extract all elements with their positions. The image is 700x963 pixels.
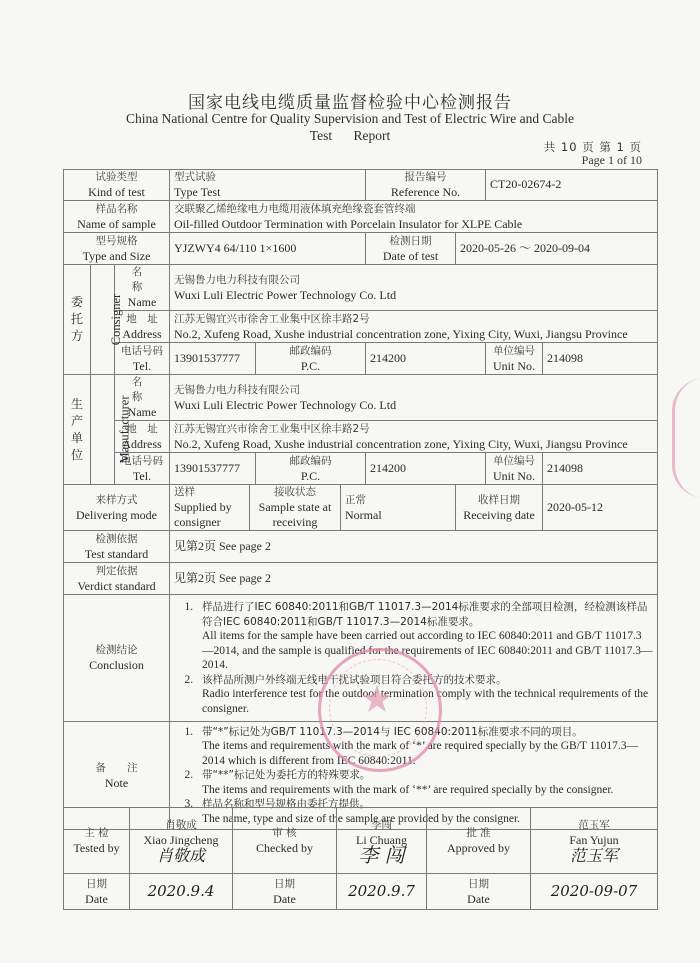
kind-label: 试验类型Kind of test [64, 170, 170, 201]
row-delivery: 来样方式Delivering mode 送样Supplied by consig… [64, 485, 658, 531]
test-standard-label: 检测依据Test standard [64, 531, 170, 563]
row-signers: 主 检Tested by 肖敬成Xiao Jingcheng 肖敬成 审 核Ch… [64, 808, 658, 874]
manufacturer-unit-label: 单位编号Unit No. [486, 453, 543, 485]
signature-table: 主 检Tested by 肖敬成Xiao Jingcheng 肖敬成 审 核Ch… [63, 807, 658, 910]
row-verdict-standard: 判定依据Verdict standard 见第2页 See page 2 [64, 563, 658, 595]
consigner-group-en: Consigner [91, 265, 115, 375]
consigner-group-cn: 委托方 [64, 265, 91, 375]
row-manufacturer-name: 生产单位 Manufacturer 名 称Name 无锡鲁力电力科技有限公司Wu… [64, 375, 658, 421]
report-table: 试验类型Kind of test 型式试验Type Test 报告编号Refer… [63, 169, 658, 830]
state-value: 正常Normal [341, 485, 456, 531]
perforation-seal-stamp [672, 378, 700, 498]
reference-value: CT20-02674-2 [486, 170, 658, 201]
manufacturer-tel-value: 13901537777 [170, 453, 256, 485]
consigner-name-value: 无锡鲁力电力科技有限公司Wuxi Luli Electric Power Tec… [170, 265, 658, 311]
test-standard-value: 见第2页 See page 2 [170, 531, 658, 563]
delivery-value: 送样Supplied by consigner [170, 485, 250, 531]
row-consigner-name: 委托方 Consigner 名 称Name 无锡鲁力电力科技有限公司Wuxi L… [64, 265, 658, 311]
checked-date-label: 日期Date [233, 874, 337, 910]
sample-value: 交联聚乙烯绝缘电力电缆用液体填充绝缘瓷套管终端Oil-filled Outdoo… [170, 201, 658, 233]
manufacturer-pc-value: 214200 [366, 453, 486, 485]
consigner-pc-label: 邮政编码P.C. [256, 343, 366, 375]
report-title-en: China National Centre for Quality Superv… [0, 111, 700, 127]
page-counter-en: Page 1 of 10 [582, 153, 642, 168]
verdict-standard-value: 见第2页 See page 2 [170, 563, 658, 595]
manufacturer-pc-label: 邮政编码P.C. [256, 453, 366, 485]
approved-by-value: 范玉军Fan Yujun 范玉军 [531, 808, 658, 874]
row-manufacturer-contact: 电话号码Tel. 13901537777 邮政编码P.C. 214200 单位编… [64, 453, 658, 485]
manufacturer-group-cn: 生产单位 [64, 375, 91, 485]
verdict-standard-label: 判定依据Verdict standard [64, 563, 170, 595]
row-sample-name: 样品名称Name of sample 交联聚乙烯绝缘电力电缆用液体填充绝缘瓷套管… [64, 201, 658, 233]
type-value: YJZWY4 64/110 1×1600 [170, 233, 366, 265]
receiving-date-value: 2020-05-12 [543, 485, 658, 531]
tested-by-value: 肖敬成Xiao Jingcheng 肖敬成 [130, 808, 233, 874]
row-manufacturer-address: 地 址Address 江苏无锡宜兴市徐舍工业集中区徐丰路2号No.2, Xufe… [64, 421, 658, 453]
tested-by-signature: 肖敬成 [134, 848, 228, 863]
type-label: 型号规格Type and Size [64, 233, 170, 265]
row-type-size: 型号规格Type and Size YJZWY4 64/110 1×1600 检… [64, 233, 658, 265]
row-dates: 日期Date 2020.9.4 日期Date 2020.9.7 日期Date 2… [64, 874, 658, 910]
tested-date-label: 日期Date [64, 874, 130, 910]
consigner-tel-label: 电话号码Tel. [115, 343, 170, 375]
consigner-unit-value: 214098 [543, 343, 658, 375]
row-test-standard: 检测依据Test standard 见第2页 See page 2 [64, 531, 658, 563]
manufacturer-unit-value: 214098 [543, 453, 658, 485]
row-conclusion: 检测结论Conclusion 样品进行了IEC 60840:2011和GB/T … [64, 595, 658, 722]
consigner-address-value: 江苏无锡宜兴市徐舍工业集中区徐丰路2号No.2, Xufeng Road, Xu… [170, 311, 658, 343]
manufacturer-group-en: Manufacturer [91, 375, 115, 485]
approved-date-label: 日期Date [427, 874, 531, 910]
note-item: 带“*”标记处为GB/T 11017.3—2014与 IEC 60840:201… [196, 725, 653, 769]
consigner-pc-value: 214200 [366, 343, 486, 375]
approved-date-value: 2020-09-07 [531, 874, 658, 910]
manufacturer-name-value: 无锡鲁力电力科技有限公司Wuxi Luli Electric Power Tec… [170, 375, 658, 421]
checked-by-label: 审 核Checked by [233, 808, 337, 874]
row-kind-of-test: 试验类型Kind of test 型式试验Type Test 报告编号Refer… [64, 170, 658, 201]
tested-by-label: 主 检Tested by [64, 808, 130, 874]
date-of-test-value: 2020-05-26 ～ 2020-09-04 [456, 233, 658, 265]
approved-by-signature: 范玉军 [535, 848, 653, 863]
delivery-label: 来样方式Delivering mode [64, 485, 170, 531]
conclusion-item: 该样品所测户外终端无线电干扰试验项目符合委托方的技术要求。Radio inter… [196, 673, 653, 717]
approved-by-label: 批 准Approved by [427, 808, 531, 874]
report-title-cn: 国家电线电缆质量监督检验中心检测报告 [0, 88, 700, 113]
note-item: 带“**”标记处为委托方的特殊要求。The items and requirem… [196, 768, 653, 797]
consigner-tel-value: 13901537777 [170, 343, 256, 375]
conclusion-item: 样品进行了IEC 60840:2011和GB/T 11017.3—2014标准要… [196, 600, 653, 673]
row-consigner-address: 地 址Address 江苏无锡宜兴市徐舍工业集中区徐丰路2号No.2, Xufe… [64, 311, 658, 343]
sample-label: 样品名称Name of sample [64, 201, 170, 233]
reference-label: 报告编号Reference No. [366, 170, 486, 201]
checked-by-value: 李闯Li Chuang 李 闯 [337, 808, 427, 874]
manufacturer-address-value: 江苏无锡宜兴市徐舍工业集中区徐丰路2号No.2, Xufeng Road, Xu… [170, 421, 658, 453]
checked-date-value: 2020.9.7 [337, 874, 427, 910]
conclusion-value: 样品进行了IEC 60840:2011和GB/T 11017.3—2014标准要… [170, 595, 658, 722]
kind-value: 型式试验Type Test [170, 170, 366, 201]
consigner-unit-label: 单位编号Unit No. [486, 343, 543, 375]
row-consigner-contact: 电话号码Tel. 13901537777 邮政编码P.C. 214200 单位编… [64, 343, 658, 375]
conclusion-list: 样品进行了IEC 60840:2011和GB/T 11017.3—2014标准要… [174, 598, 653, 718]
state-label: 接收状态Sample state at receiving [250, 485, 341, 531]
conclusion-label: 检测结论Conclusion [64, 595, 170, 722]
receiving-date-label: 收样日期Receiving date [456, 485, 543, 531]
tested-date-value: 2020.9.4 [130, 874, 233, 910]
checked-by-signature: 李 闯 [341, 848, 422, 863]
date-of-test-label: 检测日期Date of test [366, 233, 456, 265]
